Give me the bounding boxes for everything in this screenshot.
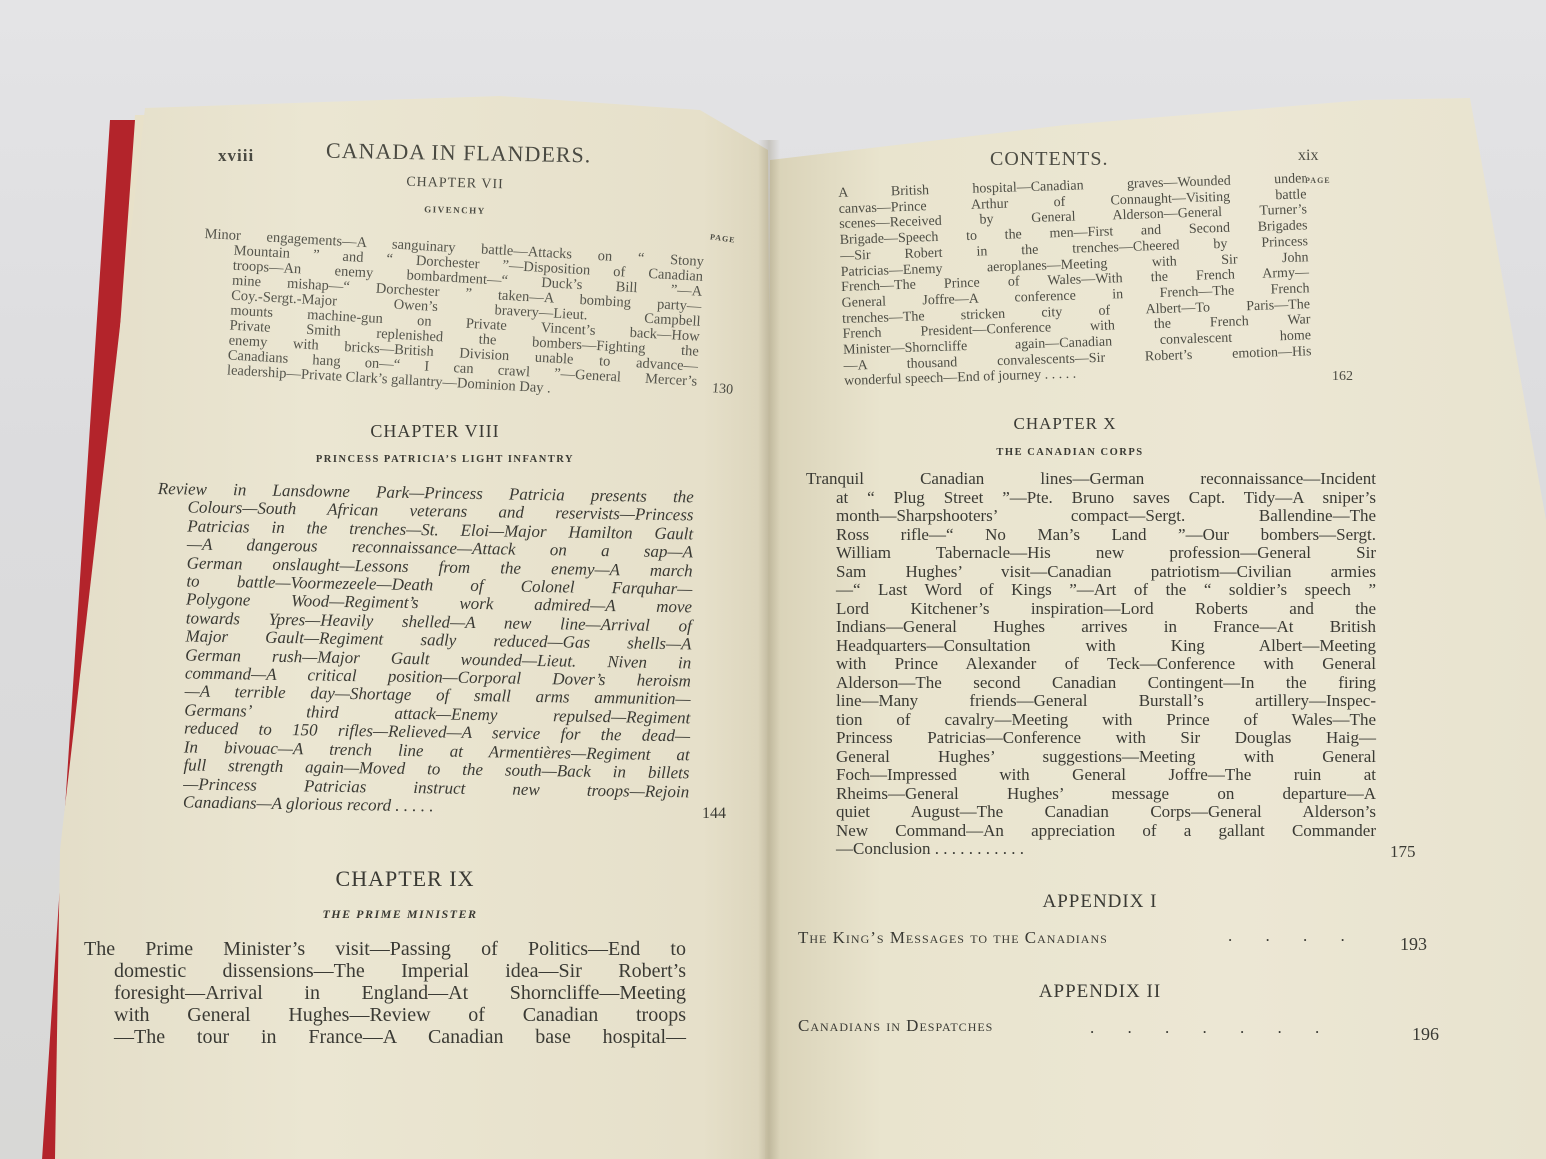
entry-line: Alderson—The second Canadian Contingent—… (806, 674, 1376, 693)
left-running-title: CANADA IN FLANDERS. (326, 138, 592, 169)
entry-line: Tranquil Canadian lines—German reconnais… (806, 470, 1376, 489)
entry-line: line—Many friends—General Burstall’s art… (806, 692, 1376, 711)
chapter-9-title: THE PRIME MINISTER (280, 907, 520, 922)
appendix-2-leader: . . . . . . . (1090, 1018, 1321, 1038)
chapter-10-page: 175 (1390, 842, 1416, 862)
entry-line: at “ Plug Street ”—Pte. Bruno saves Capt… (806, 489, 1376, 508)
entry-line: with General Hughes—Review of Canadian t… (84, 1004, 686, 1026)
entry-line: foresight—Arrival in England—At Shorncli… (84, 982, 686, 1004)
entry-line: —Conclusion . . . . . . . . . . . (806, 840, 1376, 859)
entry-line: William Tabernacle—His new profession—Ge… (806, 544, 1376, 563)
entry-line: with Prince Alexander of Teck—Conference… (806, 655, 1376, 674)
chapter-8-title: PRINCESS PATRICIA’S LIGHT INFANTRY (280, 454, 610, 465)
entry-line: tion of cavalry—Meeting with Prince of W… (806, 711, 1376, 730)
chapter-9-entry: The Prime Minister’s visit—Passing of Po… (84, 938, 686, 1048)
entry-line: Headquarters—Consultation with King Albe… (806, 637, 1376, 656)
right-page-column-label: PAGE (1305, 176, 1331, 185)
chapter-7-page: 130 (711, 381, 733, 399)
left-page-number: xviii (218, 146, 254, 166)
appendix-1-page: 193 (1400, 934, 1427, 955)
entry-line: Princess Patricias—Conference with Sir D… (806, 729, 1376, 748)
appendix-2-heading: APPENDIX II (1020, 981, 1180, 1003)
right-page-number: xix (1298, 147, 1318, 165)
chapter-9-heading: CHAPTER IX (300, 866, 510, 892)
open-book: xviii CANADA IN FLANDERS. CHAPTER VII GI… (0, 0, 1546, 1159)
book-gutter (758, 140, 780, 1159)
entry-line: —The tour in France—A Canadian base hosp… (84, 1026, 686, 1048)
chapter-9-continuation-entry: A British hospital—Canadian graves—Wound… (838, 171, 1312, 390)
chapter-10-heading: CHAPTER X (995, 414, 1135, 434)
entry-line: Foch—Impressed with General Joffre—The r… (806, 766, 1376, 785)
chapter-8-entry: Review in Lansdowne Park—Princess Patric… (153, 480, 694, 820)
chapter-8-page: 144 (702, 805, 726, 823)
entry-line: Indians—General Hughes arrives in France… (806, 618, 1376, 637)
right-running-title: CONTENTS. (990, 148, 1108, 171)
entry-line: quiet August—The Canadian Corps—General … (806, 803, 1376, 822)
entry-line: domestic dissensions—The Imperial idea—S… (84, 960, 686, 982)
entry-line: —“ Last Word of Kings ”—Art of the “ sol… (806, 581, 1376, 600)
chapter-8-heading: CHAPTER VIII (340, 421, 530, 442)
appendix-1-title: The King’s Messages to the Canadians (798, 928, 1108, 948)
chapter-7-entry: Minor engagements—A sanguinary battle—At… (197, 227, 705, 405)
entry-line: Lord Kitchener’s inspiration—Lord Robert… (806, 600, 1376, 619)
appendix-2-title: Canadians in Despatches (798, 1016, 993, 1036)
chapter-9-page: 162 (1332, 369, 1353, 385)
entry-line: New Command—An appreciation of a gallant… (806, 822, 1376, 841)
appendix-1-heading: APPENDIX I (1020, 891, 1180, 913)
chapter-10-title: THE CANADIAN CORPS (975, 447, 1165, 458)
appendix-2-page: 196 (1412, 1024, 1439, 1045)
entry-line: The Prime Minister’s visit—Passing of Po… (84, 938, 686, 960)
entry-line: Rheims—General Hughes’ message on depart… (806, 785, 1376, 804)
appendix-1-leader: . . . . (1228, 926, 1347, 946)
entry-line: Sam Hughes’ visit—Canadian patriotism—Ci… (806, 563, 1376, 582)
entry-line: Ross rifle—“ No Man’s Land ”—Our bombers… (806, 526, 1376, 545)
entry-line: month—Sharpshooters’ compact—Sergt. Ball… (806, 507, 1376, 526)
entry-line: General Hughes’ suggestions—Meeting with… (806, 748, 1376, 767)
chapter-10-entry: Tranquil Canadian lines—German reconnais… (806, 470, 1376, 859)
